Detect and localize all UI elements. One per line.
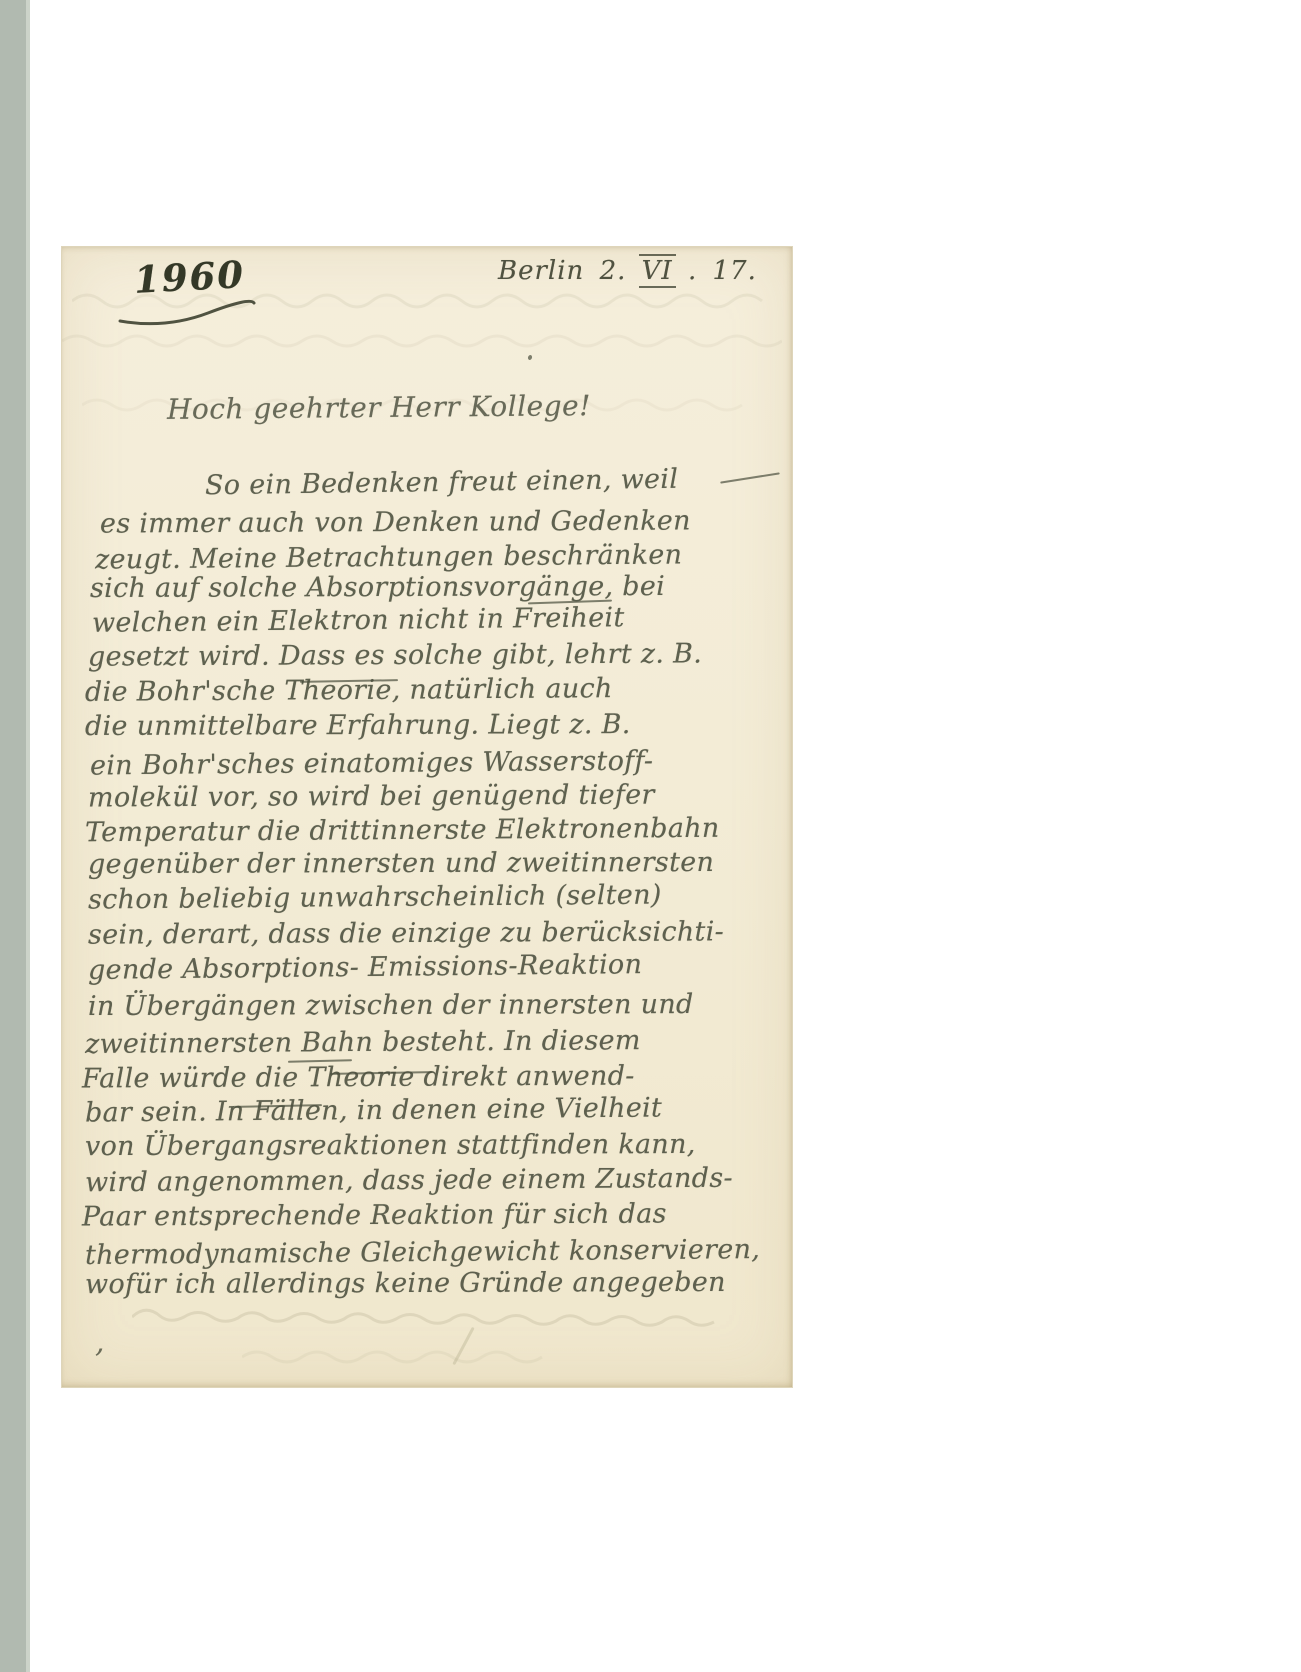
letter-scan-page: 1960 Berlin 2. VI . 17. Hoch geehrter He… (62, 247, 792, 1387)
handwriting-line: wofür ich allerdings keine Gründe angege… (85, 1266, 726, 1302)
archive-number: 1960 (133, 252, 246, 302)
handwriting-line: Falle würde die Theorie direkt anwend- (82, 1060, 635, 1097)
handwriting-line: von Übergangsreaktionen stattfinden kann… (85, 1128, 696, 1164)
salutation-line: Hoch geehrter Herr Kollege! (167, 389, 591, 426)
handwriting-line: schon beliebig unwahrscheinlich (selten) (88, 878, 662, 917)
bleed-through-ghost (62, 329, 782, 353)
ink-flourish-dash (720, 472, 780, 483)
handwriting-line: die Bohr'sche Theorie, natürlich auch (85, 672, 613, 710)
handwriting-line: Paar entsprechende Reaktion für sich das (82, 1197, 667, 1234)
handwriting-line: gegenüber der innersten und zweitinnerst… (88, 846, 714, 882)
stray-comma-mark: , (95, 1325, 105, 1360)
handwriting-line: welchen ein Elektron nicht in Freiheit (92, 601, 625, 641)
handwriting-line: So ein Bedenken freut einen, weil (205, 463, 679, 504)
dateline-day: 2. (597, 256, 630, 286)
dateline-month-roman: VI (639, 254, 676, 288)
dateline-place: Berlin (495, 256, 587, 286)
handwriting-line: molekül vor, so wird bei genügend tiefer (88, 779, 655, 816)
handwriting-line: bar sein. In Fällen, in denen eine Vielh… (85, 1091, 662, 1130)
ink-dot (527, 354, 532, 360)
dateline-year: 17. (710, 256, 760, 286)
handwriting-line: wird angenommen, dass jede einem Zustand… (85, 1162, 733, 1201)
handwriting-line: gende Absorptions- Emissions-Reaktion (88, 948, 643, 988)
handwriting-line: gesetzt wird. Dass es solche gibt, lehrt… (88, 637, 702, 674)
left-margin-bar (0, 0, 30, 1672)
handwriting-line: zweitinnersten Bahn besteht. In diesem (85, 1024, 641, 1062)
pencil-mark (452, 1327, 474, 1365)
handwriting-line: Temperatur die drittinnerste Elektronenb… (85, 812, 720, 850)
handwriting-line: in Übergängen zwischen der innersten und (88, 988, 694, 1024)
handwriting-line: die unmittelbare Erfahrung. Liegt z. B. (85, 708, 631, 744)
bleed-through-ghost (132, 1303, 784, 1329)
dateline-separator: . (685, 256, 700, 286)
dateline: Berlin 2. VI . 17. (495, 256, 760, 286)
archive-number-underline (118, 299, 258, 327)
handwriting-line: es immer auch von Denken und Gedenken (100, 504, 691, 541)
scan-viewer-canvas: 1960 Berlin 2. VI . 17. Hoch geehrter He… (0, 0, 1301, 1672)
handwriting-line: sein, derart, dass die einzige zu berück… (88, 915, 724, 952)
bleed-through-ghost (242, 1345, 562, 1369)
handwriting-line: ein Bohr'sches einatomiges Wasserstoff- (90, 745, 654, 784)
